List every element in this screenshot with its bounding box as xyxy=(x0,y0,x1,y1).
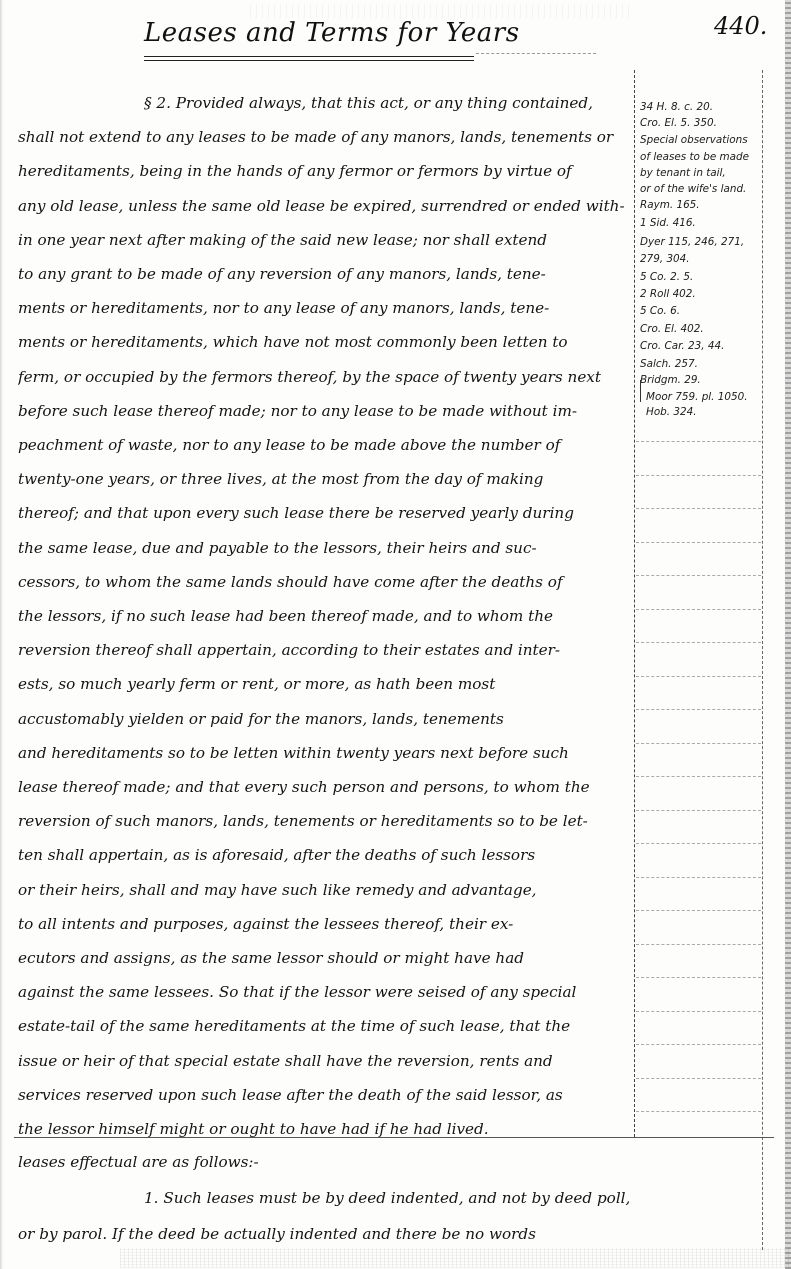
margin-rule-line xyxy=(636,709,761,710)
citation-note: of leases to be made xyxy=(640,150,749,164)
text-line: peachment of waste, nor to any lease to … xyxy=(18,435,630,455)
margin-rule-line xyxy=(636,575,761,576)
margin-rule-line xyxy=(636,877,761,878)
page-left-edge xyxy=(0,0,3,1269)
page-right-edge xyxy=(785,0,791,1269)
text-line: or their heirs, shall and may have such … xyxy=(18,880,630,900)
margin-rule-line xyxy=(636,542,761,543)
citation-note: Moor 759. pl. 1050. xyxy=(646,390,748,404)
margin-rule-line xyxy=(636,676,761,677)
text-line: § 2. Provided always, that this act, or … xyxy=(144,93,634,113)
margin-rule-line xyxy=(636,1111,761,1112)
text-line: the lessor himself might or ought to hav… xyxy=(18,1119,630,1139)
text-line: accustomably yielden or paid for the man… xyxy=(18,709,630,729)
text-line: ferm, or occupied by the fermors thereof… xyxy=(18,367,630,387)
margin-rule-line xyxy=(636,743,761,744)
margin-rule-line xyxy=(636,475,761,476)
text-line: issue or heir of that special estate sha… xyxy=(18,1051,630,1071)
margin-rule-line xyxy=(636,944,761,945)
text-line: ments or hereditaments, nor to any lease… xyxy=(18,298,630,318)
margin-rule-line xyxy=(636,977,761,978)
text-line: to any grant to be made of any reversion… xyxy=(18,264,630,284)
text-line: or by parol. If the deed be actually ind… xyxy=(18,1224,778,1244)
text-line: the same lease, due and payable to the l… xyxy=(18,538,630,558)
text-line: to all intents and purposes, against the… xyxy=(18,914,630,934)
text-line: 1. Such leases must be by deed indented,… xyxy=(144,1188,764,1208)
citation-note: Salch. 257. xyxy=(640,357,698,371)
text-line: against the same lessees. So that if the… xyxy=(18,982,630,1002)
citation-note: Cro. Car. 23, 44. xyxy=(640,339,724,353)
title-underline-tail xyxy=(476,53,596,54)
citation-note: Raym. 165. xyxy=(640,198,700,212)
margin-rule-line xyxy=(636,1078,761,1079)
text-line: services reserved upon such lease after … xyxy=(18,1085,630,1105)
text-line: ecutors and assigns, as the same lessor … xyxy=(18,948,630,968)
outer-column-rule xyxy=(762,70,763,1250)
text-line: any old lease, unless the same old lease… xyxy=(18,196,630,216)
margin-rule-line xyxy=(636,810,761,811)
text-line: cessors, to whom the same lands should h… xyxy=(18,572,630,592)
citation-note: by tenant in tail, xyxy=(640,166,726,180)
text-line: reversion of such manors, lands, tenemen… xyxy=(18,811,630,831)
text-line: hereditaments, being in the hands of any… xyxy=(18,161,630,181)
citation-note: 5 Co. 2. 5. xyxy=(640,270,693,284)
margin-rule-line xyxy=(636,609,761,610)
text-line: estate-tail of the same hereditaments at… xyxy=(18,1016,630,1036)
citation-note: 5 Co. 6. xyxy=(640,304,680,318)
text-line: and hereditaments so to be letten within… xyxy=(18,743,630,763)
citation-note: 1 Sid. 416. xyxy=(640,216,696,230)
text-line: ten shall appertain, as is aforesaid, af… xyxy=(18,845,630,865)
citation-note: Cro. El. 5. 350. xyxy=(640,116,717,130)
text-line: leases effectual are as follows:- xyxy=(18,1152,778,1172)
citation-bracket xyxy=(640,380,641,402)
text-line: twenty-one years, or three lives, at the… xyxy=(18,469,630,489)
citation-note: 279, 304. xyxy=(640,252,690,266)
margin-rule-line xyxy=(636,441,761,442)
citation-note: Dyer 115, 246, 271, xyxy=(640,235,744,249)
text-line: lease thereof made; and that every such … xyxy=(18,777,630,797)
text-line: ests, so much yearly ferm or rent, or mo… xyxy=(18,674,630,694)
page-number: 440. xyxy=(714,12,767,40)
margin-rule-line xyxy=(636,508,761,509)
citation-note: Cro. El. 402. xyxy=(640,322,704,336)
scan-noise-top xyxy=(250,4,630,18)
text-line: reversion thereof shall appertain, accor… xyxy=(18,640,630,660)
text-line: the lessors, if no such lease had been t… xyxy=(18,606,630,626)
margin-rule-line xyxy=(636,843,761,844)
citation-note: 34 H. 8. c. 20. xyxy=(640,100,713,114)
text-line: in one year next after making of the sai… xyxy=(18,230,630,250)
margin-rule-line xyxy=(636,1011,761,1012)
citation-note: Special observations xyxy=(640,133,748,147)
citation-note: Bridgm. 29. xyxy=(640,373,701,387)
citation-note: 2 Roll 402. xyxy=(640,287,696,301)
margin-rule-line xyxy=(636,642,761,643)
scan-noise-bottom xyxy=(120,1248,790,1268)
margin-rule-line xyxy=(636,910,761,911)
text-line: ments or hereditaments, which have not m… xyxy=(18,332,630,352)
citation-note: or of the wife's land. xyxy=(640,182,746,196)
margin-rule-line xyxy=(636,776,761,777)
ledger-page: Leases and Terms for Years 440. § 2. Pro… xyxy=(0,0,791,1269)
text-line: shall not extend to any leases to be mad… xyxy=(18,127,630,147)
title-underline xyxy=(144,56,474,61)
citation-note: Hob. 324. xyxy=(646,405,697,419)
text-line: before such lease thereof made; nor to a… xyxy=(18,401,630,421)
margin-rule-line xyxy=(636,1044,761,1045)
page-title: Leases and Terms for Years xyxy=(144,18,520,48)
text-line: thereof; and that upon every such lease … xyxy=(18,503,630,523)
margin-column-rule xyxy=(634,70,635,1137)
